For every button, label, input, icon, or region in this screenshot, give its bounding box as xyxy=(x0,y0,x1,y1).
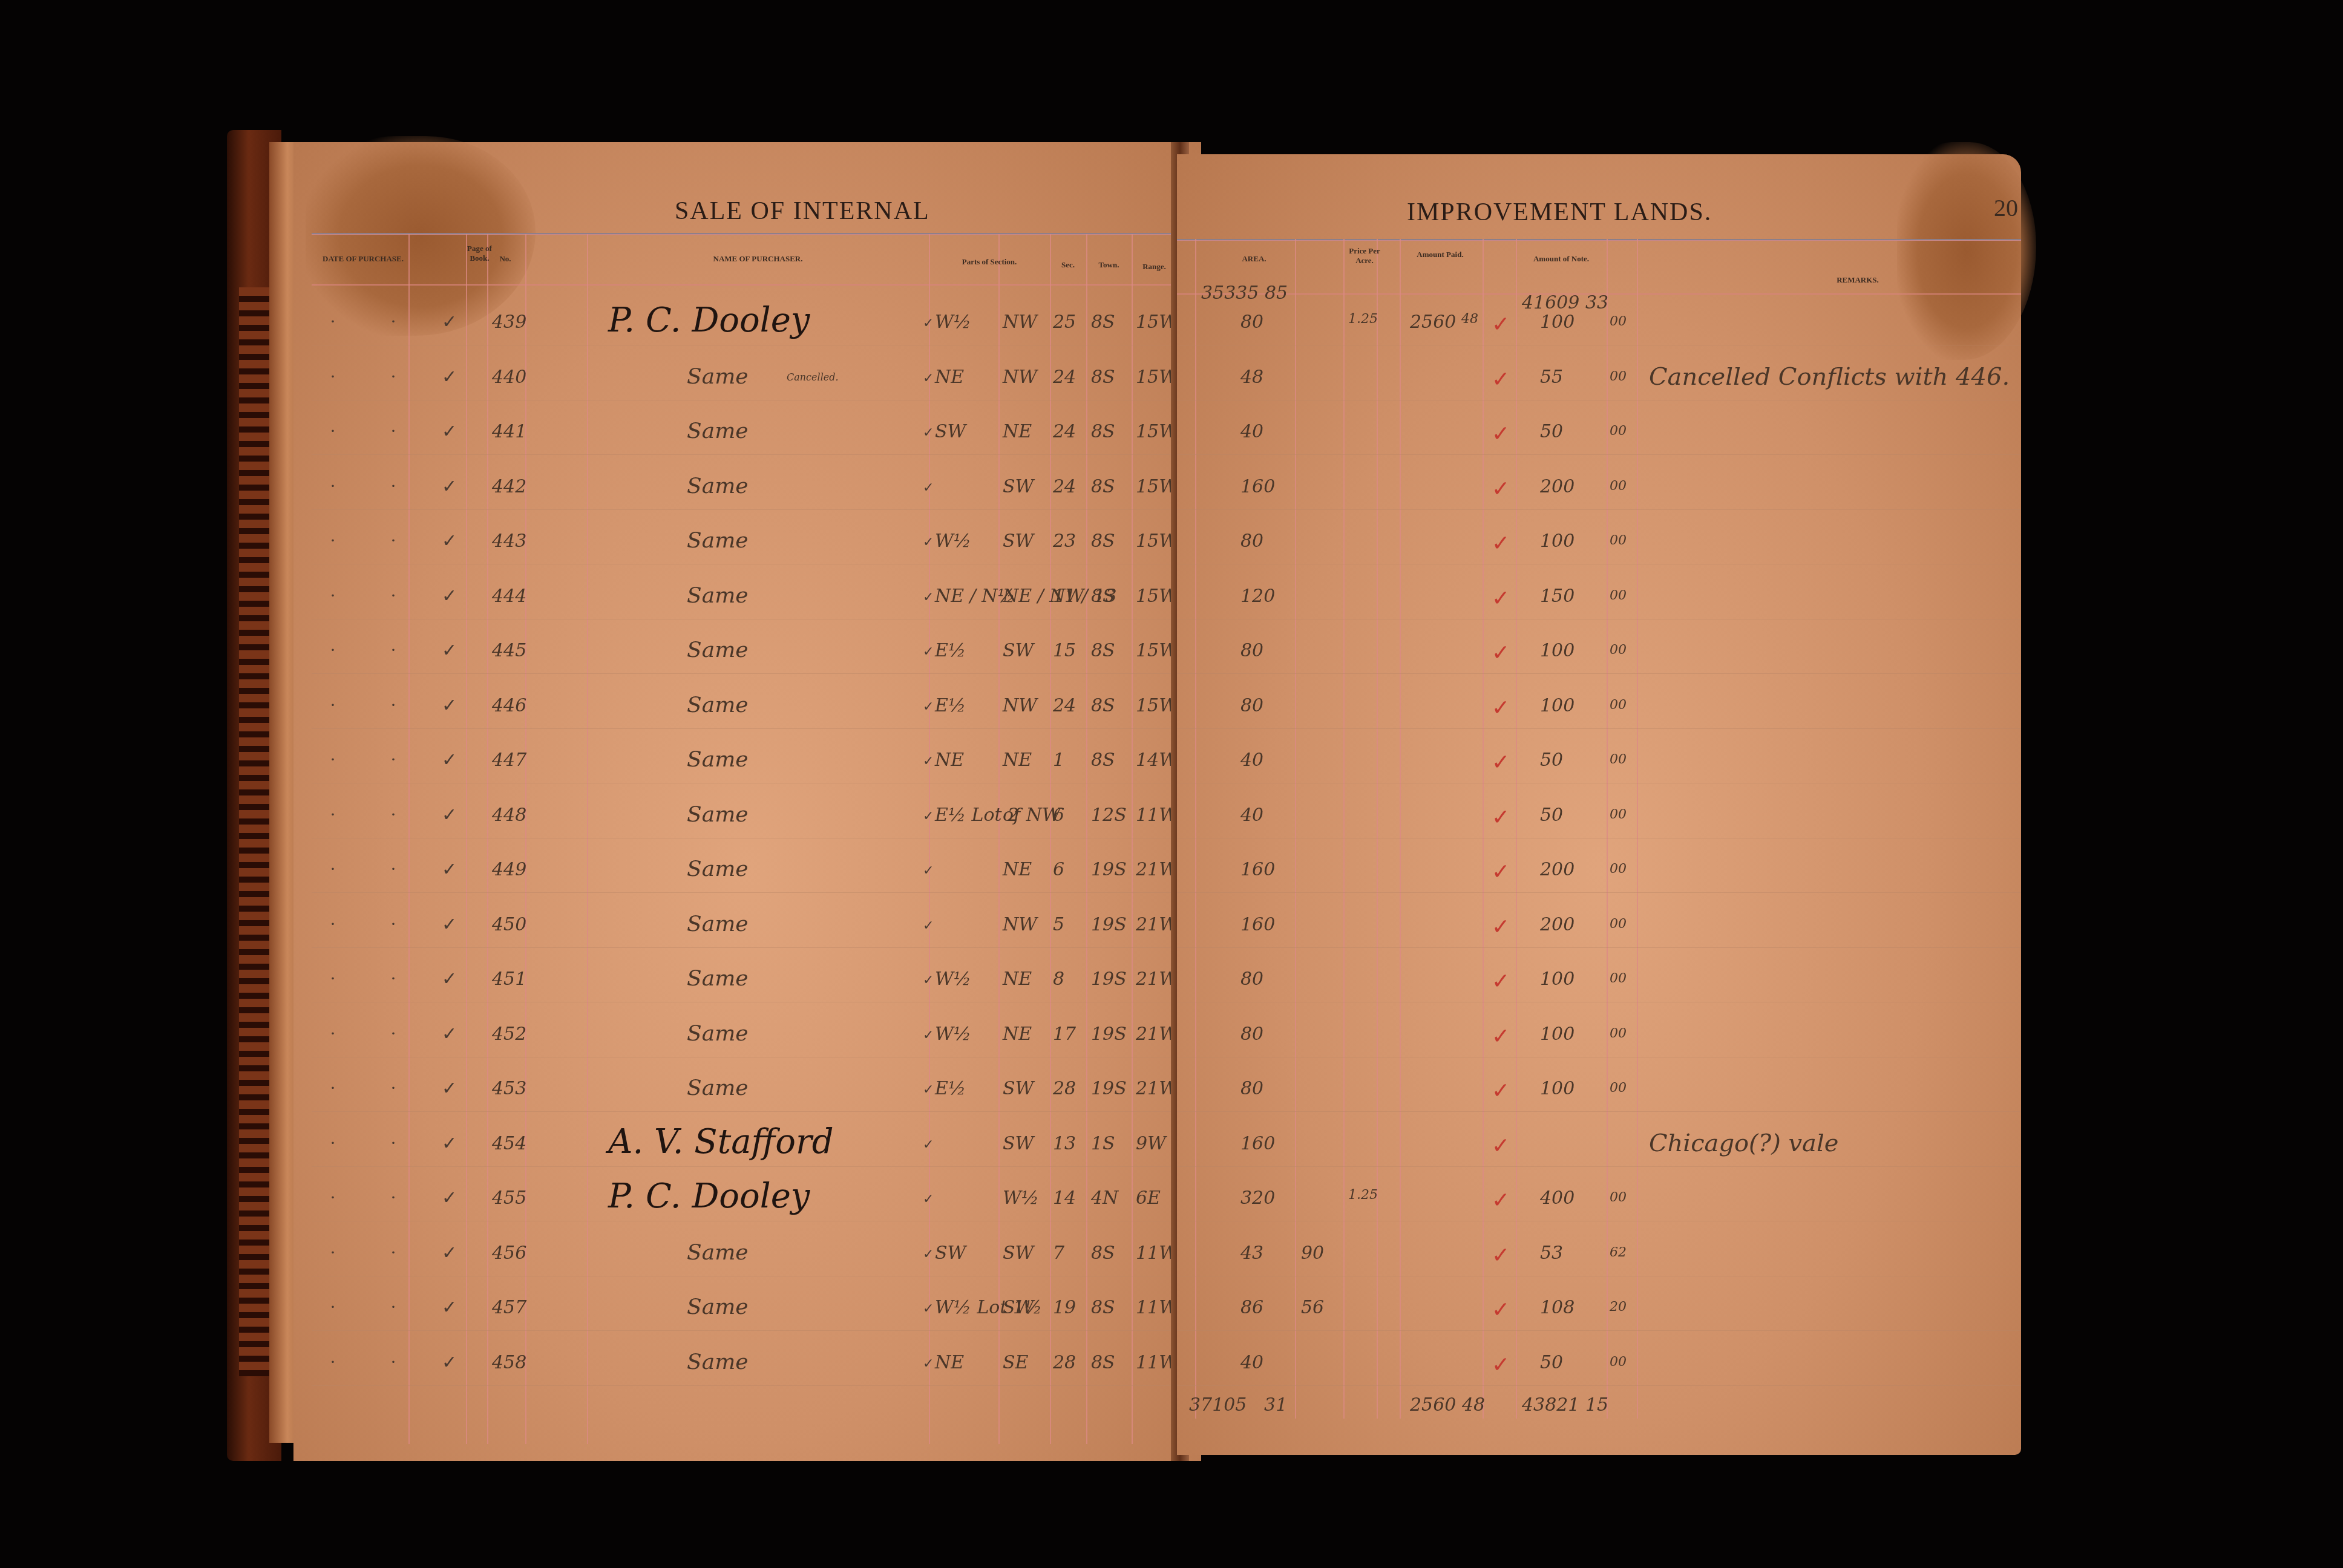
check-mark-icon: ✓ xyxy=(442,914,457,935)
quarter-section: SW xyxy=(1003,476,1034,497)
area-acres: 320 xyxy=(1240,1187,1275,1209)
amount-of-note-cents: 00 xyxy=(1610,861,1627,877)
part-of-section: E½ xyxy=(935,640,966,661)
quarter-section: NE xyxy=(1003,750,1032,771)
quarter-section: W½ xyxy=(1003,1187,1039,1209)
purchaser-name: Same xyxy=(687,802,749,827)
section-number: 1 xyxy=(1053,750,1064,771)
entry-number: 441 xyxy=(492,421,526,442)
row-rule xyxy=(312,564,1201,564)
row-rule xyxy=(1177,728,2021,729)
section-number: 13 xyxy=(1053,1133,1076,1154)
total-paid-value: 2560 xyxy=(1410,1394,1456,1416)
quarter-section: NE xyxy=(1003,859,1032,880)
area-acres: 40 xyxy=(1240,1352,1263,1373)
date-ditto-mark: · xyxy=(330,1133,336,1154)
check-mark-icon: ✓ xyxy=(442,312,457,333)
entry-number: 445 xyxy=(492,640,526,661)
check-mark-icon: ✓ xyxy=(442,859,457,880)
carried-note-value: 41609 xyxy=(1522,292,1579,313)
quarter-section: SW xyxy=(1003,640,1034,661)
column-divider xyxy=(466,234,467,1444)
purchaser-name: Same xyxy=(687,419,749,443)
township: 4N xyxy=(1091,1187,1118,1209)
col-header-date: DATE OF PURCHASE. xyxy=(318,254,408,264)
check-mark-icon: ✓ xyxy=(923,534,934,550)
area-acres: 40 xyxy=(1240,750,1263,771)
date-ditto-mark: · xyxy=(390,750,396,770)
red-check-mark-icon: ✓ xyxy=(1492,1243,1510,1268)
entry-number: 448 xyxy=(492,805,526,826)
township: 8S xyxy=(1091,312,1115,333)
amount-of-note: 50 xyxy=(1540,805,1563,826)
quarter-section: NE xyxy=(1003,421,1032,442)
purchaser-name: A. V. Stafford xyxy=(608,1122,834,1161)
col-header-sec: Sec. xyxy=(1050,260,1086,270)
township: 1S xyxy=(1091,1133,1115,1154)
col-header-amount-of-note: Amount of Note. xyxy=(1516,254,1607,264)
amount-of-note-cents: 00 xyxy=(1610,314,1627,329)
red-check-mark-icon: ✓ xyxy=(1492,476,1510,501)
date-ditto-mark: · xyxy=(330,805,336,825)
amount-of-note-cents: 00 xyxy=(1610,533,1627,548)
row-rule xyxy=(312,345,1201,345)
check-mark-icon: ✓ xyxy=(442,1243,457,1264)
col-header-remarks: REMARKS. xyxy=(1812,275,1903,285)
amount-of-note-cents: 00 xyxy=(1610,588,1627,603)
purchaser-name: Same xyxy=(687,912,749,936)
row-rule xyxy=(1177,1330,2021,1331)
area-acres: 80 xyxy=(1240,1078,1263,1099)
township: 19S xyxy=(1091,859,1127,880)
red-check-mark-icon: ✓ xyxy=(1492,586,1510,611)
total-paid-cents: 48 xyxy=(1462,1394,1485,1416)
amount-of-note-cents: 00 xyxy=(1610,369,1627,384)
area-acres: 86 xyxy=(1240,1297,1263,1318)
column-divider xyxy=(487,234,488,1444)
left-page: SALE OF INTERNAL DATE OF PURCHASE. Page … xyxy=(293,142,1201,1461)
section-number: 24 xyxy=(1053,421,1076,442)
row-rule xyxy=(1177,1166,2021,1167)
price-per-acre: 1.25 xyxy=(1348,312,1378,327)
remarks: Chicago(?) vale xyxy=(1649,1129,1838,1157)
entry-number: 447 xyxy=(492,750,526,771)
amount-of-note: 200 xyxy=(1540,914,1575,935)
date-ditto-mark: · xyxy=(390,586,396,606)
col-header-no: No. xyxy=(487,254,523,264)
quarter-section: NW xyxy=(1003,695,1037,716)
row-rule xyxy=(312,1276,1201,1276)
section-number: 24 xyxy=(1053,695,1076,716)
date-ditto-mark: · xyxy=(330,586,336,606)
check-mark-icon: ✓ xyxy=(442,367,457,388)
amount-of-note-cents: 00 xyxy=(1610,642,1627,658)
date-ditto-mark: · xyxy=(330,1297,336,1318)
area-acres: 40 xyxy=(1240,805,1263,826)
quarter-section: NE xyxy=(1003,969,1032,990)
row-rule xyxy=(312,947,1201,948)
purchaser-name: Same xyxy=(687,857,749,881)
red-check-mark-icon: ✓ xyxy=(1492,969,1510,994)
amount-of-note-cents: 00 xyxy=(1610,971,1627,986)
purchaser-name: P. C. Dooley xyxy=(608,1177,810,1216)
date-ditto-mark: · xyxy=(390,531,396,551)
section-number: 19 xyxy=(1053,1297,1076,1318)
col-header-name: NAME OF PURCHASER. xyxy=(587,254,929,264)
check-mark-icon: ✓ xyxy=(923,1246,934,1262)
check-mark-icon: ✓ xyxy=(442,1024,457,1045)
amount-of-note-cents: 00 xyxy=(1610,479,1627,494)
entry-number: 456 xyxy=(492,1243,526,1264)
part-of-section: W½ xyxy=(935,1024,971,1045)
section-number: 6 xyxy=(1053,805,1064,826)
amount-of-note: 100 xyxy=(1540,640,1575,661)
red-check-mark-icon: ✓ xyxy=(1492,859,1510,884)
entry-number: 457 xyxy=(492,1297,526,1318)
purchaser-name: Same xyxy=(687,966,749,991)
area-acres: 80 xyxy=(1240,640,1263,661)
date-ditto-mark: · xyxy=(330,640,336,661)
quarter-section: SE xyxy=(1003,1352,1028,1373)
purchaser-name: Same xyxy=(687,1240,749,1265)
check-mark-icon: ✓ xyxy=(442,969,457,990)
row-rule xyxy=(312,1002,1201,1002)
township: 8S xyxy=(1091,695,1115,716)
amount-of-note: 53 xyxy=(1540,1243,1563,1264)
amount-of-note-cents: 00 xyxy=(1610,423,1627,439)
open-ledger-book: SALE OF INTERNAL DATE OF PURCHASE. Page … xyxy=(227,118,2033,1473)
page-title-left: SALE OF INTERNAL xyxy=(675,197,930,226)
date-ditto-mark: · xyxy=(390,1024,396,1044)
date-ditto-mark: · xyxy=(330,1078,336,1099)
part-of-section: SW xyxy=(935,1243,966,1264)
column-divider xyxy=(587,234,588,1444)
red-check-mark-icon: ✓ xyxy=(1492,1078,1510,1103)
amount-of-note-cents: 62 xyxy=(1610,1245,1627,1260)
date-ditto-mark: · xyxy=(390,859,396,880)
check-mark-icon: ✓ xyxy=(923,918,934,933)
amount-of-note-cents: 20 xyxy=(1610,1299,1627,1315)
date-ditto-mark: · xyxy=(390,805,396,825)
section-number: 8 xyxy=(1053,969,1064,990)
column-divider xyxy=(929,234,930,1444)
total-note: 43821 15 xyxy=(1522,1394,1608,1416)
amount-of-note: 150 xyxy=(1540,586,1575,607)
township: 19S xyxy=(1091,914,1127,935)
date-ditto-mark: · xyxy=(390,421,396,442)
purchaser-name: P. C. Dooley xyxy=(608,301,810,340)
date-ditto-mark: · xyxy=(390,367,396,387)
entry-number: 451 xyxy=(492,969,526,990)
section-number: 17 xyxy=(1053,1024,1076,1045)
date-ditto-mark: · xyxy=(390,640,396,661)
quarter-section: NW xyxy=(1003,367,1037,388)
check-mark-icon: ✓ xyxy=(923,644,934,659)
red-check-mark-icon: ✓ xyxy=(1492,421,1510,446)
entry-number: 452 xyxy=(492,1024,526,1045)
section-number: 15 xyxy=(1053,640,1076,661)
part-of-section: SW xyxy=(935,421,966,442)
header-bottom-rule xyxy=(312,284,1201,286)
row-rule xyxy=(1177,454,2021,455)
column-divider xyxy=(1516,239,1517,1419)
part-of-section: W½ xyxy=(935,969,971,990)
row-rule xyxy=(312,1057,1201,1057)
total-note-cents: 15 xyxy=(1585,1394,1608,1416)
row-rule xyxy=(312,509,1201,510)
township: 8S xyxy=(1091,640,1115,661)
row-rule xyxy=(1177,1057,2021,1057)
purchaser-name: Same xyxy=(687,364,749,389)
cancelled-note: Cancelled. xyxy=(787,371,839,383)
red-check-mark-icon: ✓ xyxy=(1492,750,1510,775)
entry-number: 446 xyxy=(492,695,526,716)
red-check-mark-icon: ✓ xyxy=(1492,640,1510,665)
amount-of-note: 55 xyxy=(1540,367,1563,388)
row-rule xyxy=(312,1385,1201,1386)
township: 8S xyxy=(1091,750,1115,771)
township: 8S xyxy=(1091,367,1115,388)
amount-of-note: 100 xyxy=(1540,1024,1575,1045)
check-mark-icon: ✓ xyxy=(442,1133,457,1154)
row-rule xyxy=(312,1166,1201,1167)
column-divider xyxy=(1050,234,1051,1444)
amount-of-note: 50 xyxy=(1540,1352,1563,1373)
part-of-section: E½ xyxy=(935,695,966,716)
row-rule xyxy=(1177,783,2021,783)
amount-of-note: 100 xyxy=(1540,969,1575,990)
entry-number: 454 xyxy=(492,1133,526,1154)
date-ditto-mark: · xyxy=(390,1352,396,1373)
township: 19S xyxy=(1091,1024,1127,1045)
column-divider xyxy=(1637,239,1638,1419)
entry-number: 439 xyxy=(492,312,526,333)
section-number: 6 xyxy=(1053,859,1064,880)
check-mark-icon: ✓ xyxy=(923,480,934,495)
entry-number: 455 xyxy=(492,1187,526,1209)
purchaser-name: Same xyxy=(687,1295,749,1319)
date-ditto-mark: · xyxy=(390,476,396,497)
date-ditto-mark: · xyxy=(330,1024,336,1044)
row-rule xyxy=(312,619,1201,619)
quarter-section: NW xyxy=(1003,312,1037,333)
amount-of-note: 100 xyxy=(1540,531,1575,552)
section-number: 14 xyxy=(1053,1187,1076,1209)
area-acres: 160 xyxy=(1240,476,1275,497)
date-ditto-mark: · xyxy=(330,695,336,716)
quarter-section: SW xyxy=(1003,531,1034,552)
area-acres: 80 xyxy=(1240,695,1263,716)
row-rule xyxy=(312,728,1201,729)
column-divider xyxy=(1377,239,1378,1419)
section-number: 24 xyxy=(1053,476,1076,497)
quarter-section: of NW xyxy=(1003,805,1061,826)
carried-area-value: 35335 xyxy=(1201,283,1259,304)
quarter-section: SW xyxy=(1003,1297,1034,1318)
check-mark-icon: ✓ xyxy=(923,1356,934,1371)
section-number: 24 xyxy=(1053,367,1076,388)
header-rule xyxy=(312,233,1201,235)
purchaser-name: Same xyxy=(687,1076,749,1100)
part-of-section: W½ xyxy=(935,531,971,552)
red-check-mark-icon: ✓ xyxy=(1492,1297,1510,1322)
township: 8S xyxy=(1091,1297,1115,1318)
date-ditto-mark: · xyxy=(390,1297,396,1318)
row-rule xyxy=(312,1330,1201,1331)
section-number: 7 xyxy=(1053,1243,1064,1264)
check-mark-icon: ✓ xyxy=(442,586,457,607)
entry-number: 450 xyxy=(492,914,526,935)
amount-of-note: 400 xyxy=(1540,1187,1575,1209)
area-fraction: 56 xyxy=(1301,1297,1324,1318)
check-mark-icon: ✓ xyxy=(442,640,457,661)
check-mark-icon: ✓ xyxy=(923,808,934,824)
red-check-mark-icon: ✓ xyxy=(1492,312,1510,337)
amount-of-note: 50 xyxy=(1540,750,1563,771)
township: 19S xyxy=(1091,1078,1127,1099)
area-acres: 160 xyxy=(1240,1133,1275,1154)
amount-of-note: 100 xyxy=(1540,695,1575,716)
row-rule xyxy=(1177,892,2021,893)
row-rule xyxy=(312,892,1201,893)
date-ditto-mark: · xyxy=(390,1243,396,1263)
water-stain xyxy=(1897,142,2036,360)
amount-of-note: 200 xyxy=(1540,476,1575,497)
column-divider xyxy=(1343,239,1345,1419)
date-ditto-mark: · xyxy=(390,1187,396,1208)
column-divider xyxy=(1400,239,1401,1419)
binding-stripes xyxy=(239,287,272,1376)
row-rule xyxy=(312,400,1201,400)
check-mark-icon: ✓ xyxy=(442,476,457,497)
date-ditto-mark: · xyxy=(390,695,396,716)
right-page: IMPROVEMENT LANDS. 20 AREA. Price Per Ac… xyxy=(1177,154,2021,1455)
range: 9W xyxy=(1136,1133,1166,1154)
row-rule xyxy=(312,783,1201,783)
row-rule xyxy=(1177,673,2021,674)
page-title-right: IMPROVEMENT LANDS. xyxy=(1407,198,1712,227)
row-rule xyxy=(312,1221,1201,1221)
check-mark-icon: ✓ xyxy=(923,1191,934,1207)
township: 8S xyxy=(1091,586,1115,607)
area-acres: 80 xyxy=(1240,969,1263,990)
purchaser-name: Same xyxy=(687,583,749,608)
check-mark-icon: ✓ xyxy=(923,1301,934,1316)
row-rule xyxy=(1177,1221,2021,1221)
header-rule xyxy=(1177,239,2021,241)
amount-of-note: 108 xyxy=(1540,1297,1575,1318)
date-ditto-mark: · xyxy=(330,1243,336,1263)
date-ditto-mark: · xyxy=(390,1078,396,1099)
column-divider xyxy=(408,234,410,1444)
amount-of-note-cents: 00 xyxy=(1610,1190,1627,1205)
check-mark-icon: ✓ xyxy=(442,421,457,442)
date-ditto-mark: · xyxy=(330,914,336,935)
date-ditto-mark: · xyxy=(330,1187,336,1208)
check-mark-icon: ✓ xyxy=(923,370,934,386)
amount-paid-cents: 48 xyxy=(1461,312,1478,327)
col-header-area: AREA. xyxy=(1213,254,1295,264)
row-rule xyxy=(312,1111,1201,1112)
total-area-frac: 31 xyxy=(1264,1394,1287,1416)
entry-number: 458 xyxy=(492,1352,526,1373)
red-check-mark-icon: ✓ xyxy=(1492,1024,1510,1049)
carried-note-cents: 33 xyxy=(1585,292,1608,313)
quarter-section: NW xyxy=(1003,914,1037,935)
entry-number: 444 xyxy=(492,586,526,607)
check-mark-icon: ✓ xyxy=(923,753,934,769)
red-check-mark-icon: ✓ xyxy=(1492,531,1510,556)
amount-paid: 2560 xyxy=(1410,312,1456,333)
row-rule xyxy=(1177,1111,2021,1112)
red-check-mark-icon: ✓ xyxy=(1492,695,1510,720)
red-check-mark-icon: ✓ xyxy=(1492,1352,1510,1377)
column-divider xyxy=(1295,239,1296,1419)
purchaser-name: Same xyxy=(687,1021,749,1046)
check-mark-icon: ✓ xyxy=(442,750,457,771)
amount-of-note-cents: 00 xyxy=(1610,1026,1627,1041)
quarter-section: NE xyxy=(1003,1024,1032,1045)
carried-forward-note: 41609 33 xyxy=(1522,292,1608,313)
check-mark-icon: ✓ xyxy=(442,695,457,716)
total-area: 37105 31 xyxy=(1189,1394,1287,1416)
row-rule xyxy=(1177,1276,2021,1276)
date-ditto-mark: · xyxy=(390,1133,396,1154)
amount-of-note: 50 xyxy=(1540,421,1563,442)
date-ditto-mark: · xyxy=(330,531,336,551)
red-check-mark-icon: ✓ xyxy=(1492,914,1510,939)
amount-of-note: 100 xyxy=(1540,1078,1575,1099)
section-number: 28 xyxy=(1053,1078,1076,1099)
check-mark-icon: ✓ xyxy=(923,315,934,331)
row-rule xyxy=(1177,947,2021,948)
date-ditto-mark: · xyxy=(330,312,336,332)
township: 19S xyxy=(1091,969,1127,990)
purchaser-name: Same xyxy=(687,1350,749,1374)
area-acres: 80 xyxy=(1240,1024,1263,1045)
page-number: 20 xyxy=(1994,194,2018,222)
water-stain xyxy=(306,136,536,336)
col-header-range: Range. xyxy=(1132,262,1177,272)
carried-area-frac: 85 xyxy=(1265,283,1288,304)
entry-number: 453 xyxy=(492,1078,526,1099)
area-acres: 160 xyxy=(1240,914,1275,935)
quarter-section: SW xyxy=(1003,1078,1034,1099)
section-number: 5 xyxy=(1053,914,1064,935)
section-number: 23 xyxy=(1053,531,1076,552)
red-check-mark-icon: ✓ xyxy=(1492,1133,1510,1158)
part-of-section: NE xyxy=(935,367,964,388)
check-mark-icon: ✓ xyxy=(923,425,934,440)
township: 8S xyxy=(1091,476,1115,497)
purchaser-name: Same xyxy=(687,528,749,553)
col-header-town: Town. xyxy=(1086,260,1132,270)
entry-number: 442 xyxy=(492,476,526,497)
row-rule xyxy=(312,673,1201,674)
township: 12S xyxy=(1091,805,1127,826)
row-rule xyxy=(1177,345,2021,345)
area-acres: 40 xyxy=(1240,421,1263,442)
date-ditto-mark: · xyxy=(390,312,396,332)
total-paid: 2560 48 xyxy=(1410,1394,1485,1416)
date-ditto-mark: · xyxy=(330,476,336,497)
check-mark-icon: ✓ xyxy=(923,1082,934,1097)
column-divider xyxy=(1195,239,1196,1419)
check-mark-icon: ✓ xyxy=(923,1137,934,1152)
date-ditto-mark: · xyxy=(330,421,336,442)
row-rule xyxy=(1177,619,2021,619)
part-of-section: E½ xyxy=(935,1078,966,1099)
